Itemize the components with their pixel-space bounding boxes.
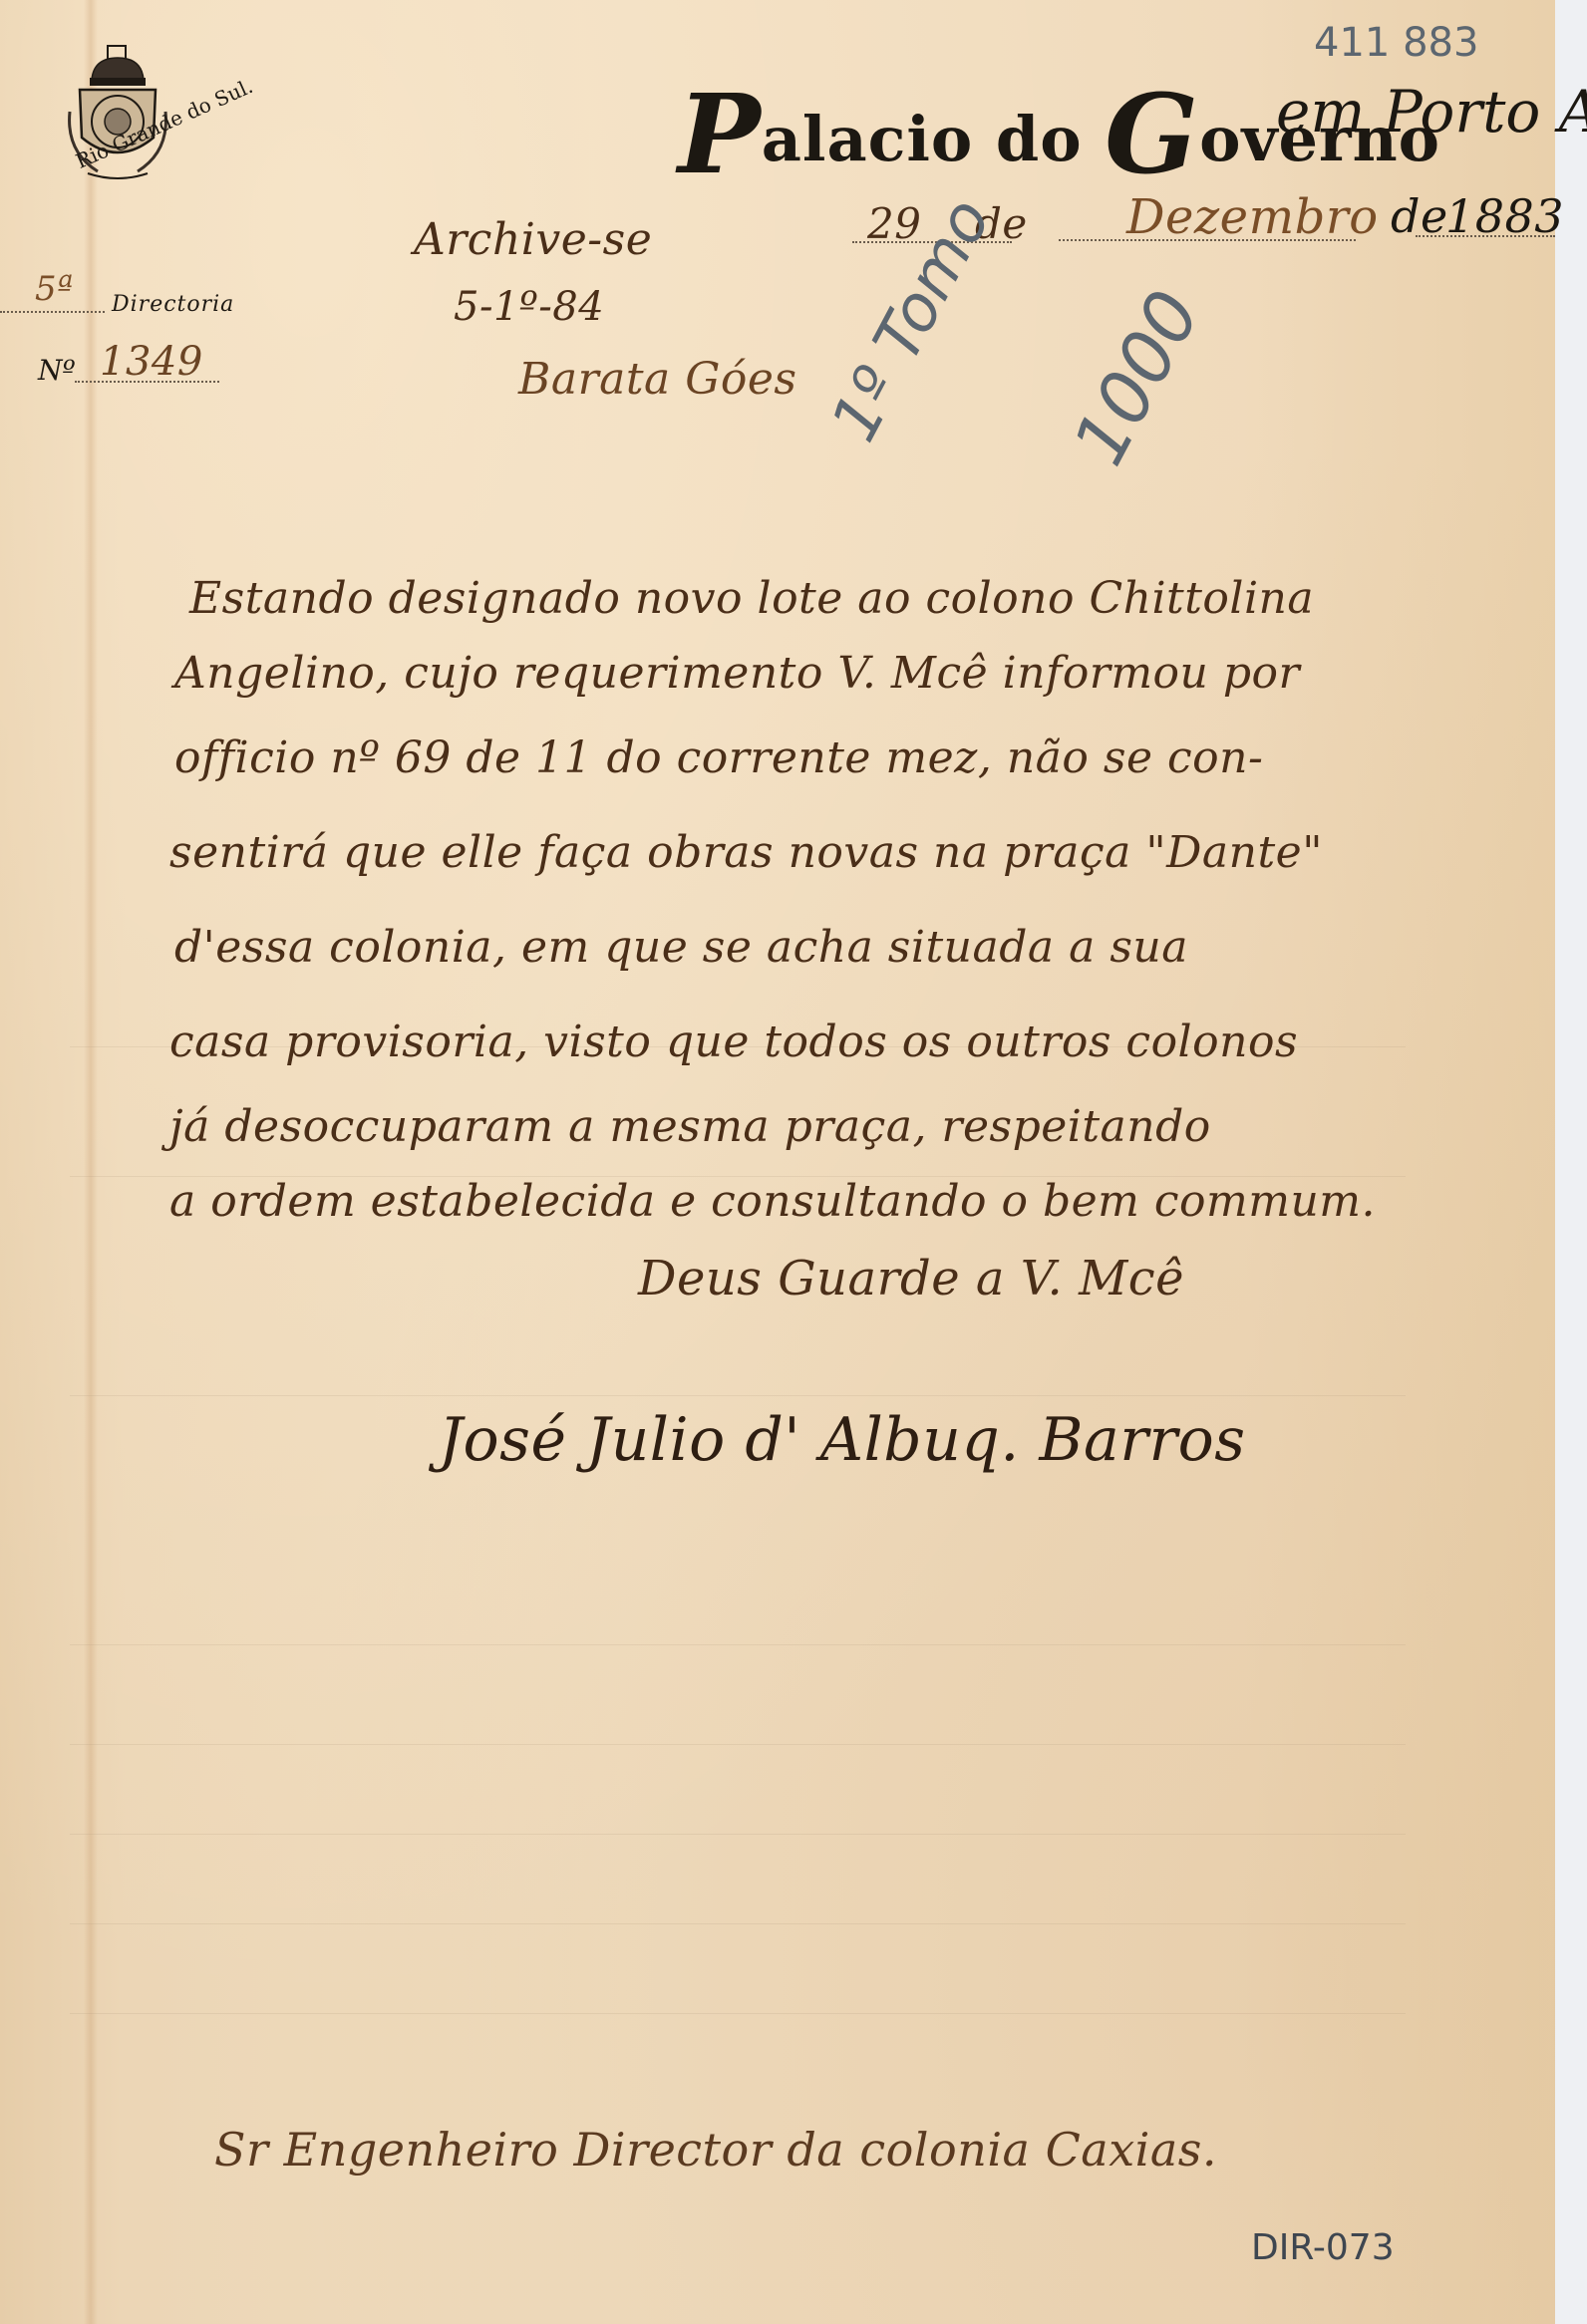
body-line-8: a ordem estabelecida e consultando o bem…: [169, 1176, 1376, 1227]
ruled-line: [70, 1644, 1406, 1645]
ruled-line: [70, 1834, 1406, 1835]
number-label: Nº: [38, 354, 76, 387]
title-initial-p: P: [678, 70, 762, 198]
body-line-5: d'essa colonia, em que se acha situada a…: [174, 922, 1188, 973]
body-line-6: casa provisoria, visto que todos os outr…: [169, 1017, 1298, 1067]
body-line-1: Estando designado novo lote ao colono Ch…: [189, 573, 1314, 624]
signature: José Julio d' Albuq. Barros: [439, 1405, 1246, 1475]
number-value: 1349: [100, 339, 203, 385]
date-month: Dezembro: [1126, 189, 1379, 245]
body-line-4: sentirá que elle faça obras novas na pra…: [169, 827, 1323, 878]
ruled-line: [70, 1923, 1406, 1924]
title-initial-g: G: [1105, 70, 1199, 198]
directoria-number: 5ª: [35, 269, 74, 309]
archive-note: Archive-se: [414, 214, 652, 265]
ruled-line: [70, 2013, 1406, 2014]
body-line-3: officio nº 69 de 11 do corrente mez, não…: [174, 732, 1263, 783]
archive-date: 5-1º-84: [454, 284, 604, 330]
archive-signature: Barata Góes: [518, 354, 797, 405]
ruled-line: [70, 1395, 1406, 1396]
directoria-rule: [0, 311, 105, 313]
date-year-rule: [1416, 235, 1555, 237]
pencil-number: 1000: [1057, 277, 1216, 477]
number-rule: [75, 381, 219, 383]
catalog-number-top: 411 883: [1314, 20, 1478, 66]
closing-salutation: Deus Guarde a V. Mcê: [638, 1251, 1184, 1307]
body-line-2: Angelino, cujo requerimento V. Mcê infor…: [174, 648, 1300, 699]
directoria-label: Directoria: [112, 292, 234, 317]
letterhead-place: em Porto Alegre,: [1276, 78, 1587, 145]
fold-line: [84, 0, 98, 2324]
body-line-7: já desoccuparam a mesma praça, respeitan…: [169, 1101, 1211, 1152]
catalog-number-bottom: DIR-073: [1251, 2227, 1395, 2268]
letter-paper: Rio Grande do Sul. Palacio do Governo em…: [0, 0, 1555, 2324]
ruled-line: [70, 1744, 1406, 1745]
addressee: Sr Engenheiro Director da colonia Caxias…: [214, 2123, 1217, 2177]
